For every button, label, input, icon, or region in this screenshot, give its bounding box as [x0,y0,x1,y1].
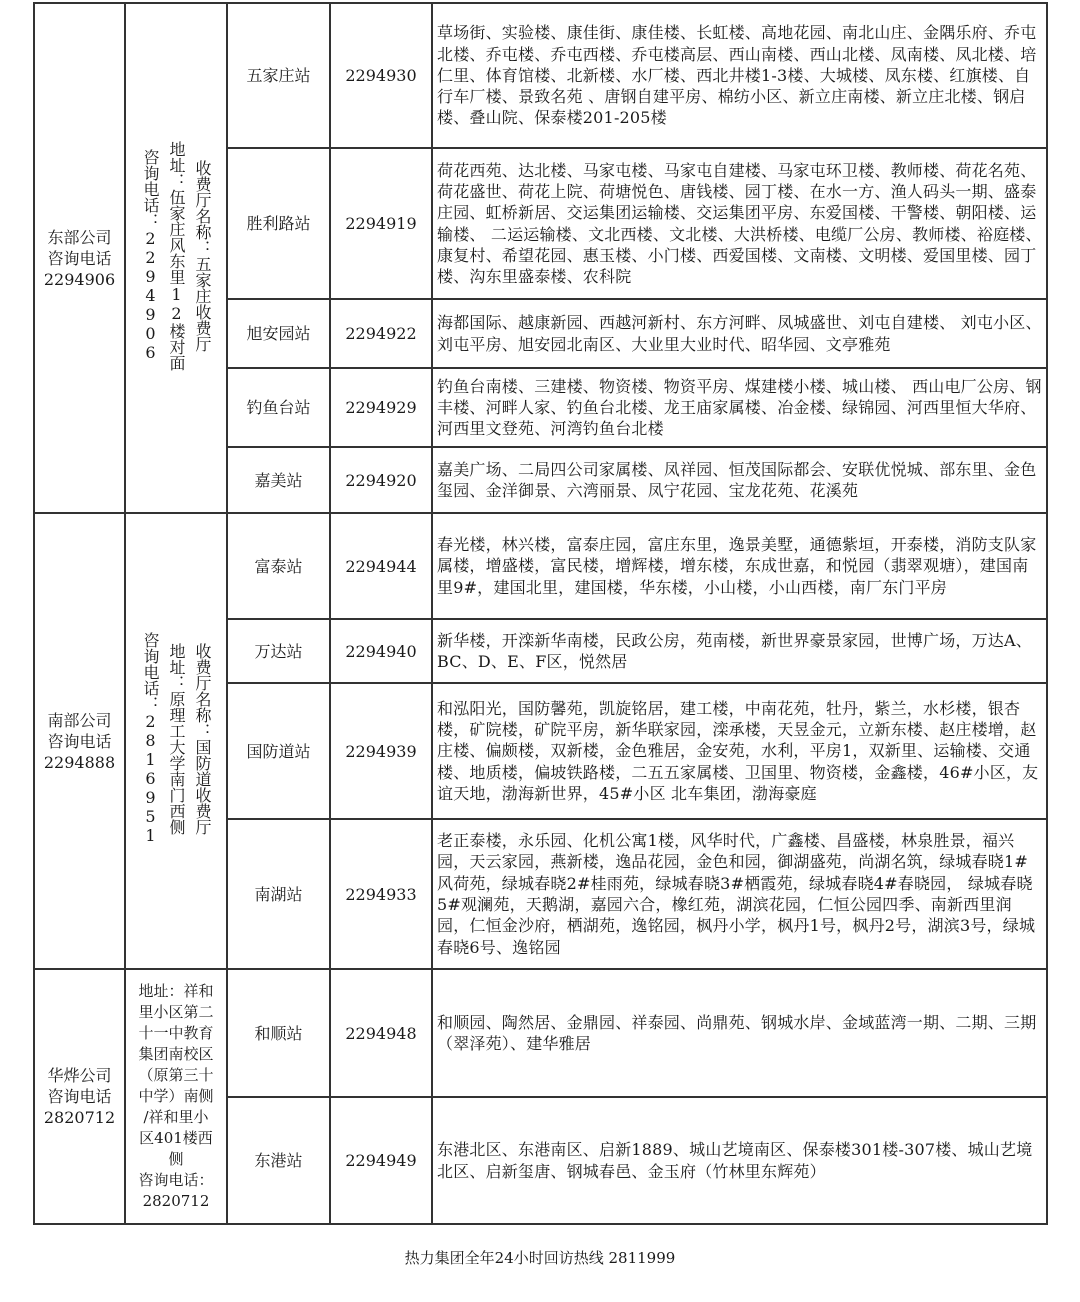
hall-line: /祥和里小 [128,1107,224,1128]
station-areas: 老正泰楼，永乐园、化机公寓1楼，风华时代，广鑫楼、昌盛楼，林泉胜景，福兴园，天云… [432,819,1047,969]
hall-address: 地址：原理工大学南门西侧 [165,632,187,845]
station-phone: 2294922 [330,299,432,368]
company-phone-label: 咨询电话 [35,248,124,269]
company-name: 华烨公司 [35,1065,124,1086]
company-phone-label: 咨询电话 [35,1086,124,1107]
table-row: 华烨公司 咨询电话 2820712 地址：祥和 里小区第二 十一中教育 集团南校… [34,969,1047,1097]
station-name: 胜利路站 [227,148,330,299]
station-name: 万达站 [227,619,330,683]
station-name: 嘉美站 [227,447,330,513]
company-cell-east: 东部公司 咨询电话 2294906 [34,3,125,513]
hotline-footer: 热力集团全年24小时回访热线 2811999 [0,1247,1080,1268]
station-areas: 春光楼，林兴楼，富泰庄园，富庄东里，逸景美墅，通德紫垣，开泰楼，消防支队家属楼，… [432,513,1047,619]
company-cell-huaye: 华烨公司 咨询电话 2820712 [34,969,125,1224]
hall-line: 中学）南侧 [128,1086,224,1107]
station-name: 东港站 [227,1097,330,1224]
station-areas: 新华楼，开滦新华南楼，民政公房，苑南楼，新世界豪景家园，世博广场，万达A、BC、… [432,619,1047,683]
table-row: 南部公司 咨询电话 2294888 咨询电话：2816951 地址：原理工大学南… [34,513,1047,619]
station-areas: 草场街、实验楼、康佳街、康佳楼、长虹楼、高地花园、南北山庄、金隅乐府、乔屯北楼、… [432,3,1047,148]
company-phone: 2294888 [35,752,124,773]
station-areas: 嘉美广场、二局四公司家属楼、凤祥园、恒茂国际都会、安联优悦城、部东里、金色玺园、… [432,447,1047,513]
company-cell-south: 南部公司 咨询电话 2294888 [34,513,125,969]
company-name: 南部公司 [35,710,124,731]
hall-phone: 咨询电话：2294906 [139,141,161,371]
station-name: 南湖站 [227,819,330,969]
heating-service-table: 东部公司 咨询电话 2294906 咨询电话：2294906 地址：伍家庄风东里… [33,2,1048,1225]
hall-line: 里小区第二 [128,1002,224,1023]
station-phone: 2294944 [330,513,432,619]
station-areas: 东港北区、东港南区、启新1889、城山艺境南区、保泰楼301楼-307楼、城山艺… [432,1097,1047,1224]
station-phone: 2294949 [330,1097,432,1224]
station-name: 富泰站 [227,513,330,619]
hall-info-south: 咨询电话：2816951 地址：原理工大学南门西侧 收费厅名称：国防道收费厅 [125,513,227,969]
hall-line: （原第三十 [128,1065,224,1086]
hall-address: 地址：伍家庄风东里12楼对面 [165,141,187,371]
hall-line: 2820712 [128,1191,224,1212]
hall-name: 收费厅名称：五家庄收费厅 [191,141,213,371]
hall-phone: 咨询电话：2816951 [139,632,161,845]
station-areas: 海都国际、越康新园、西越河新村、东方河畔、凤城盛世、刘屯自建楼、 刘屯小区、刘屯… [432,299,1047,368]
station-areas: 和泓阳光，国防馨苑，凯旋铭居，建工楼，中南花苑，牡丹，紫兰，水杉楼，银杏楼，矿院… [432,683,1047,819]
station-phone: 2294920 [330,447,432,513]
station-phone: 2294930 [330,3,432,148]
station-phone: 2294948 [330,969,432,1097]
hall-name: 收费厅名称：国防道收费厅 [191,632,213,845]
station-phone: 2294939 [330,683,432,819]
station-name: 五家庄站 [227,3,330,148]
hall-line: 侧 [128,1149,224,1170]
station-areas: 荷花西苑、达北楼、马家屯楼、马家屯自建楼、马家屯环卫楼、教师楼、荷花名苑、荷花盛… [432,148,1047,299]
station-name: 国防道站 [227,683,330,819]
station-areas: 钓鱼台南楼、三建楼、物资楼、物资平房、煤建楼小楼、城山楼、 西山电厂公房、钢丰楼… [432,368,1047,447]
hall-info-east: 咨询电话：2294906 地址：伍家庄风东里12楼对面 收费厅名称：五家庄收费厅 [125,3,227,513]
company-name: 东部公司 [35,227,124,248]
table-row: 东部公司 咨询电话 2294906 咨询电话：2294906 地址：伍家庄风东里… [34,3,1047,148]
station-phone: 2294919 [330,148,432,299]
hall-info-huaye: 地址：祥和 里小区第二 十一中教育 集团南校区 （原第三十 中学）南侧 /祥和里… [125,969,227,1224]
station-phone: 2294940 [330,619,432,683]
station-name: 旭安园站 [227,299,330,368]
hall-line: 地址：祥和 [128,981,224,1002]
station-phone: 2294929 [330,368,432,447]
company-phone: 2294906 [35,269,124,290]
hall-line: 十一中教育 [128,1023,224,1044]
hall-line: 咨询电话： [128,1170,224,1191]
hall-line: 区401楼西 [128,1128,224,1149]
station-name: 和顺站 [227,969,330,1097]
hall-line: 集团南校区 [128,1044,224,1065]
station-name: 钓鱼台站 [227,368,330,447]
station-phone: 2294933 [330,819,432,969]
company-phone: 2820712 [35,1107,124,1128]
station-areas: 和顺园、陶然居、金鼎园、祥泰园、尚鼎苑、钢城水岸、金域蓝湾一期、二期、三期（翠泽… [432,969,1047,1097]
company-phone-label: 咨询电话 [35,731,124,752]
